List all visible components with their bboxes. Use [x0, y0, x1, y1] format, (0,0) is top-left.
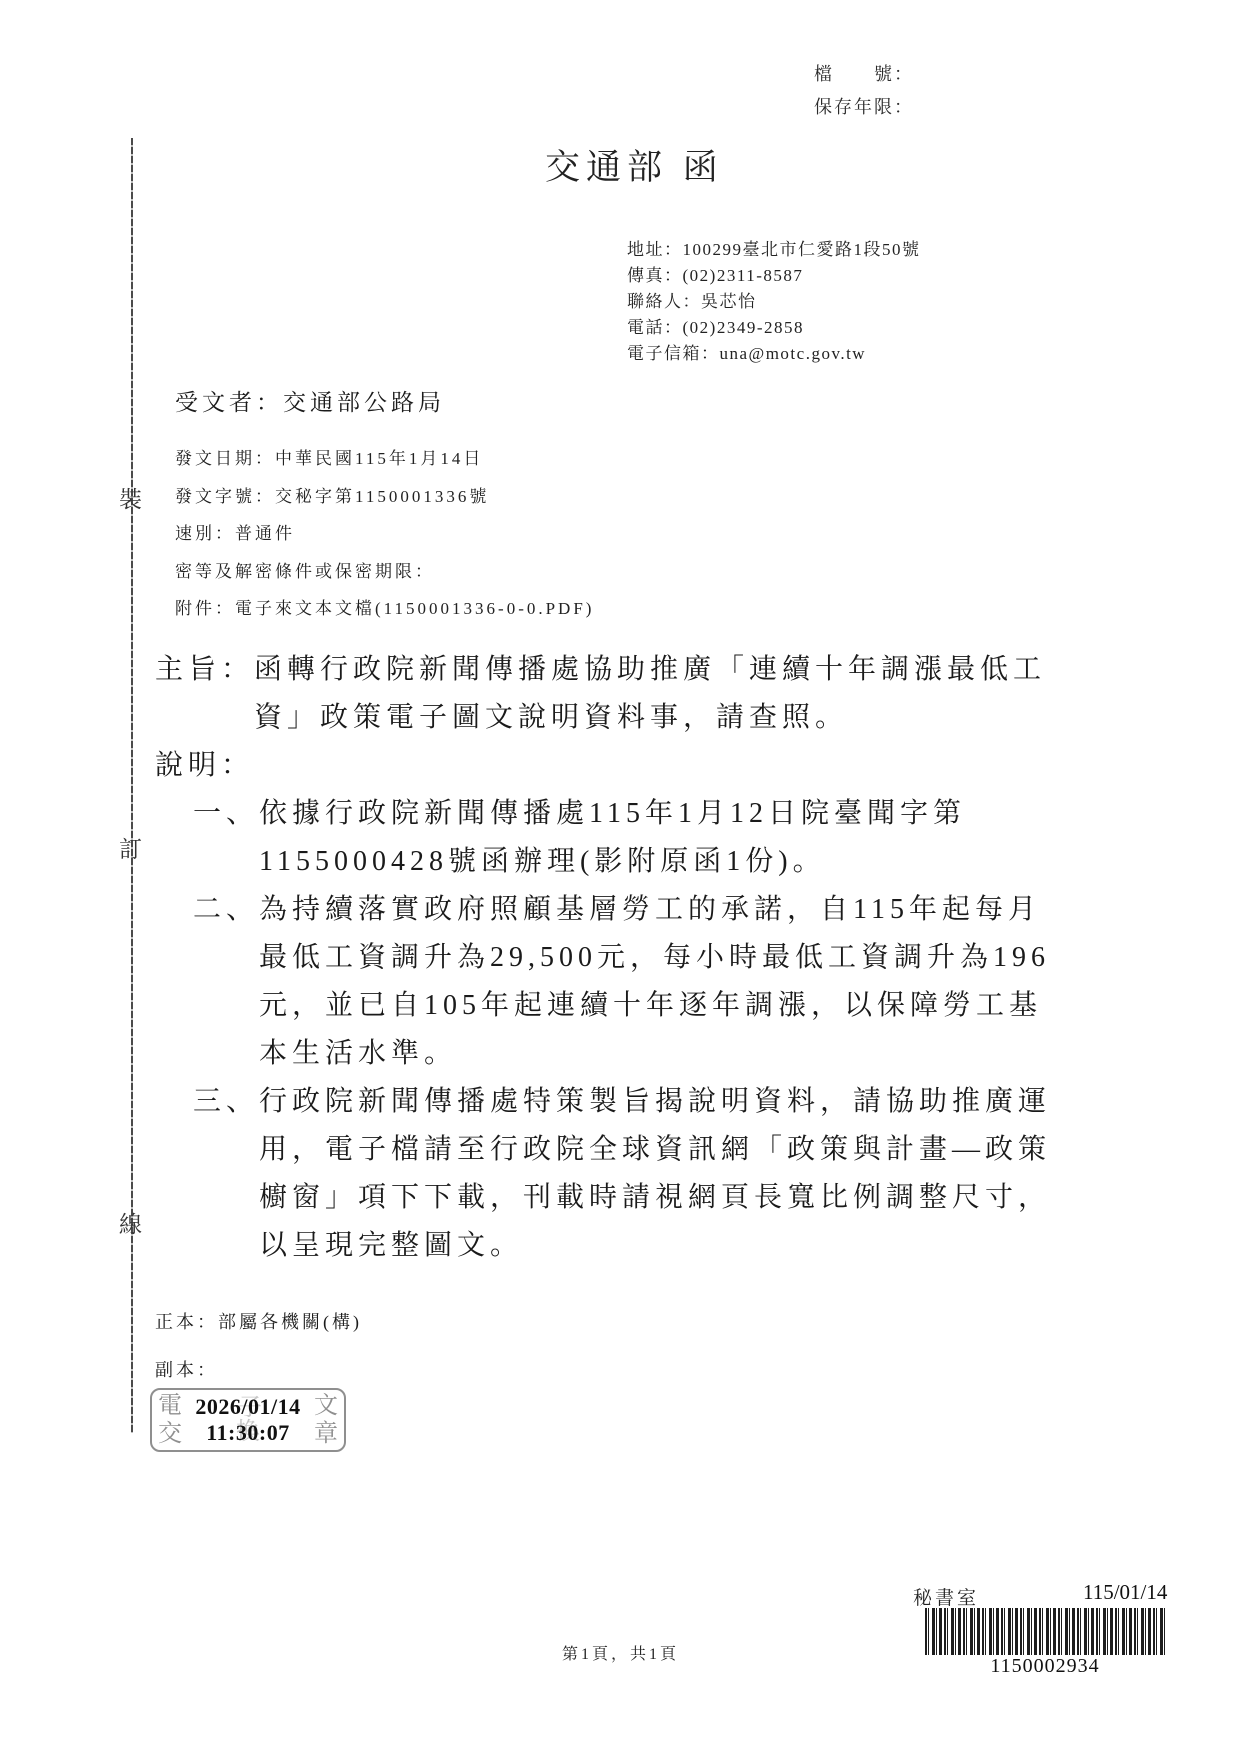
- file-label-block: 檔 號： 保存年限：: [814, 58, 914, 124]
- secretariat-label: 秘書室: [913, 1583, 979, 1610]
- sender-info-block: 地址：100299臺北市仁愛路1段50號 傳真：(02)2311-8587 聯絡…: [627, 237, 921, 367]
- explanation-item-1: 一、依據行政院新聞傳播處115年1月12日院臺聞字第1155000428號函辦理…: [193, 790, 1060, 886]
- scanned-official-letter: 檔 號： 保存年限： 交通部 函 地址：100299臺北市仁愛路1段50號 傳真…: [0, 0, 1241, 1755]
- stamp-date: 2026/01/14: [152, 1396, 344, 1418]
- explanation-label: 說明：: [155, 742, 1060, 790]
- security-class-line: 密等及解密條件或保密期限：: [175, 553, 594, 591]
- sender-contact: 聯絡人：吳芯怡: [627, 289, 921, 315]
- barcode-image: [925, 1608, 1165, 1655]
- sender-fax: 傳真：(02)2311-8587: [627, 263, 921, 289]
- speed-class-line: 速別：普通件: [175, 515, 594, 553]
- binding-char-xian: 線: [119, 1206, 142, 1239]
- binding-char-zhuang: 裝: [119, 481, 142, 514]
- sender-phone: 電話：(02)2349-2858: [627, 315, 921, 341]
- sender-email: 電子信箱：una@motc.gov.tw: [627, 341, 921, 367]
- document-meta-block: 發文日期：中華民國115年1月14日 發文字號：交秘字第1150001336號 …: [175, 440, 594, 628]
- file-number-label: 檔 號：: [814, 58, 914, 91]
- binding-char-ding: 訂: [119, 831, 142, 864]
- electronic-exchange-stamp: 電 子 文 交 換 章 2026/01/14 11:30:07: [150, 1388, 346, 1452]
- letter-body: 主旨：函轉行政院新聞傳播處協助推廣「連續十年調漲最低工資」政策電子圖文說明資料事…: [155, 646, 1060, 1270]
- doc-number-line: 發文字號：交秘字第1150001336號: [175, 478, 594, 516]
- explanation-item-2: 二、為持續落實政府照顧基層勞工的承諾，自115年起每月最低工資調升為29,500…: [193, 886, 1060, 1078]
- subject-paragraph: 主旨：函轉行政院新聞傳播處協助推廣「連續十年調漲最低工資」政策電子圖文說明資料事…: [155, 646, 1060, 742]
- barcode-number: 1150002934: [925, 1655, 1165, 1678]
- document-title: 交通部 函: [545, 140, 724, 190]
- stamp-time: 11:30:07: [152, 1422, 344, 1444]
- sender-address: 地址：100299臺北市仁愛路1段50號: [627, 237, 921, 263]
- retention-period-label: 保存年限：: [814, 91, 914, 124]
- recipient-line: 受文者：交通部公路局: [175, 384, 445, 417]
- issue-date-line: 發文日期：中華民國115年1月14日: [175, 440, 594, 478]
- copy-recipients-line: 副本：: [155, 1356, 218, 1382]
- explanation-item-3: 三、行政院新聞傳播處特策製旨揭說明資料，請協助推廣運用，電子檔請至行政院全球資訊…: [193, 1078, 1060, 1270]
- footer-date: 115/01/14: [1083, 1580, 1167, 1605]
- attachment-line: 附件：電子來文本文檔(1150001336-0-0.PDF): [175, 590, 594, 628]
- original-recipients-line: 正本：部屬各機關(構): [155, 1308, 362, 1334]
